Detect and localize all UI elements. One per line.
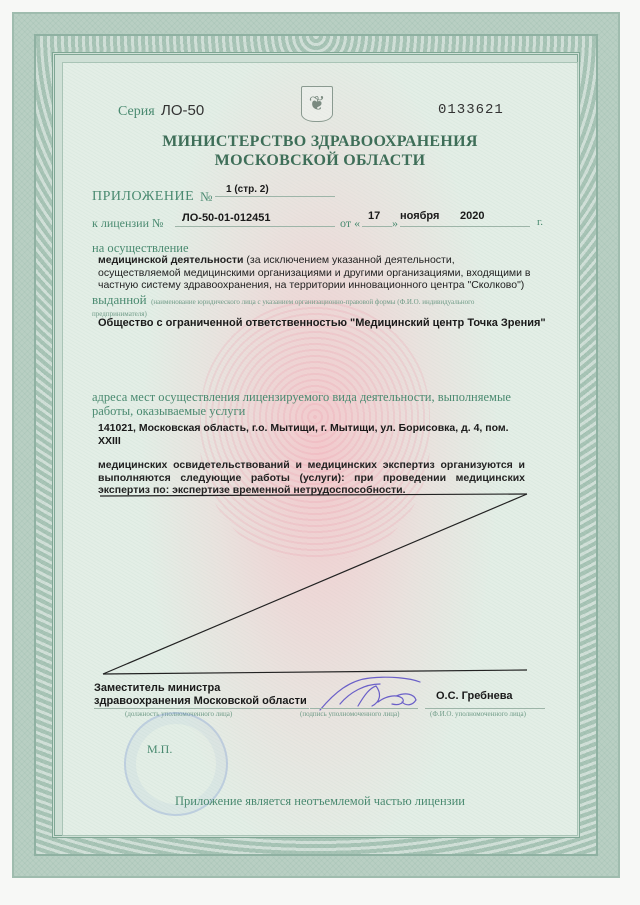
footer-note: Приложение является неотъемлемой частью … — [0, 794, 640, 809]
name-note: (Ф.И.О. уполномоченного лица) — [430, 710, 526, 718]
signatory-name: О.С. Гребнева — [436, 690, 512, 702]
signature-underline — [310, 708, 418, 709]
position-line1: Заместитель министра — [94, 682, 307, 695]
signatory-position: Заместитель министра здравоохранения Мос… — [94, 682, 307, 708]
blank-space-strike-lines — [0, 0, 640, 905]
stamp-placeholder-label: М.П. — [147, 742, 172, 757]
position-line2: здравоохранения Московской области — [94, 695, 307, 708]
signature-note: (подпись уполномоченного лица) — [300, 710, 399, 718]
position-underline — [94, 708, 309, 709]
name-underline — [425, 708, 545, 709]
